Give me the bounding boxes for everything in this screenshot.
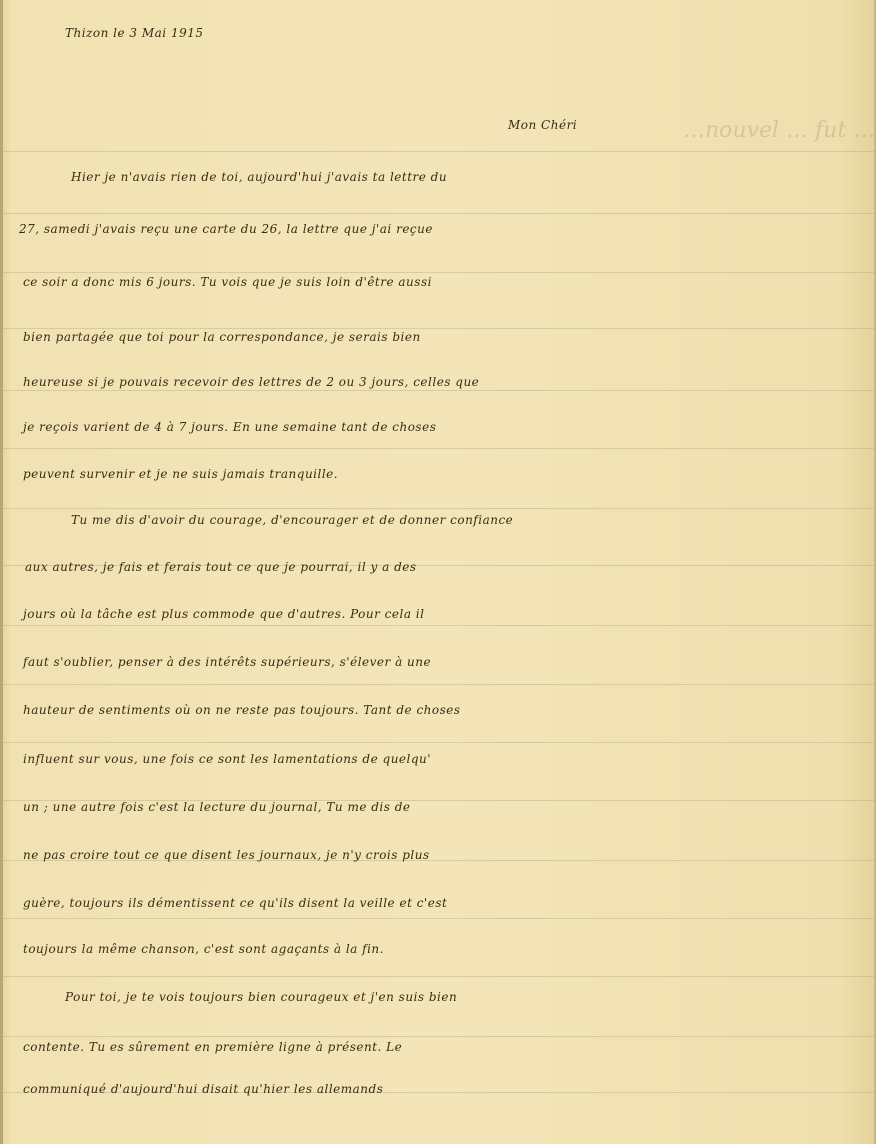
letter-line: Pour toi, je te vois toujours bien coura… xyxy=(65,990,874,1004)
ruled-line xyxy=(3,213,874,214)
letter-line: ce soir a donc mis 6 jours. Tu vois que … xyxy=(23,275,874,289)
letter-page: …nouvel … fut … Thizon le 3 Mai 1915 Mon… xyxy=(0,0,876,1144)
ruled-line xyxy=(3,1036,874,1037)
letter-line: toujours la même chanson, c'est sont aga… xyxy=(23,942,874,956)
letter-line: ne pas croire tout ce que disent les jou… xyxy=(23,848,874,862)
ruled-line xyxy=(3,976,874,977)
place-date: Thizon le 3 Mai 1915 xyxy=(65,26,874,40)
letter-line: aux autres, je fais et ferais tout ce qu… xyxy=(25,560,874,574)
ruled-line xyxy=(3,625,874,626)
ruled-line xyxy=(3,272,874,273)
ruled-line xyxy=(3,448,874,449)
letter-line: heureuse si je pouvais recevoir des lett… xyxy=(23,375,874,389)
ruled-line xyxy=(3,508,874,509)
letter-line: 27, samedi j'avais reçu une carte du 26,… xyxy=(19,222,874,236)
letter-line: communiqué d'aujourd'hui disait qu'hier … xyxy=(23,1082,874,1096)
letter-line: je reçois varient de 4 à 7 jours. En une… xyxy=(23,420,874,434)
letter-line: Tu me dis d'avoir du courage, d'encourag… xyxy=(71,513,874,527)
letter-line: contente. Tu es sûrement en première lig… xyxy=(23,1040,874,1054)
letter-line: hauteur de sentiments où on ne reste pas… xyxy=(23,703,874,717)
salutation: Mon Chéri xyxy=(508,118,874,132)
ruled-line xyxy=(3,742,874,743)
letter-line: bien partagée que toi pour la correspond… xyxy=(23,330,874,344)
letter-line: un ; une autre fois c'est la lecture du … xyxy=(23,800,874,814)
letter-line: faut s'oublier, penser à des intérêts su… xyxy=(23,655,874,669)
ruled-line xyxy=(3,918,874,919)
letter-line: peuvent survenir et je ne suis jamais tr… xyxy=(23,467,874,481)
letter-line: guère, toujours ils démentissent ce qu'i… xyxy=(23,896,874,910)
ruled-line xyxy=(3,390,874,391)
letter-line: jours où la tâche est plus commode que d… xyxy=(23,607,874,621)
ruled-line xyxy=(3,151,874,152)
letter-line: Hier je n'avais rien de toi, aujourd'hui… xyxy=(71,170,874,184)
ruled-line xyxy=(3,684,874,685)
ruled-line xyxy=(3,328,874,329)
letter-line: influent sur vous, une fois ce sont les … xyxy=(23,752,874,766)
